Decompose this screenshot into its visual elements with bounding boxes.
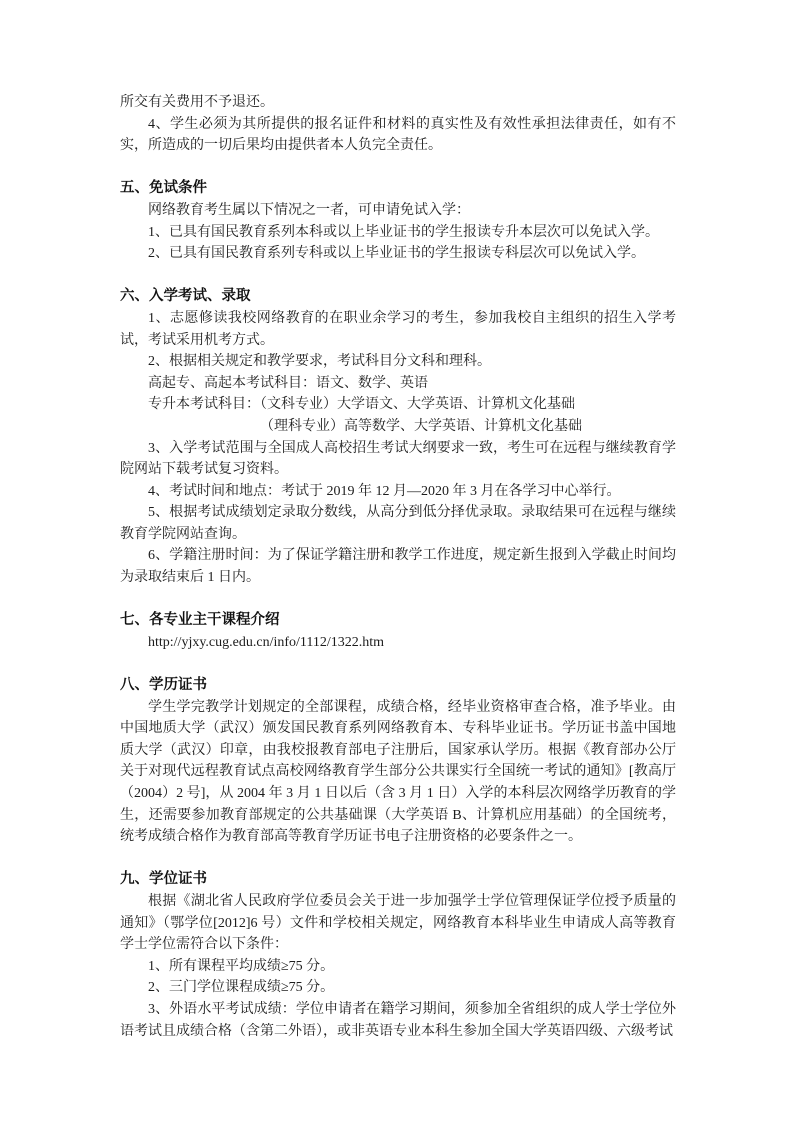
section-9-item-1: 1、所有课程平均成绩≥75 分。 (120, 956, 676, 978)
section-6-item-6: 6、学籍注册时间：为了保证学籍注册和教学工作进度，规定新生报到入学截止时间均为录… (120, 545, 676, 588)
section-8-paragraph: 学生学完教学计划规定的全部课程，成绩合格，经毕业资格审查合格，准予毕业。由中国地… (120, 697, 676, 848)
document-page: 所交有关费用不予退还。 4、学生必须为其所提供的报名证件和材料的真实性及有效性承… (0, 0, 794, 1123)
section-9-item-3: 3、外语水平考试成绩：学位申请者在籍学习期间，须参加全省组织的成人学士学位外语考… (120, 999, 676, 1042)
section-5-item-1: 1、已具有国民教育系列本科或以上毕业证书的学生报读专升本层次可以免试入学。 (120, 222, 676, 244)
section-7-heading: 七、各专业主干课程介绍 (120, 610, 676, 632)
section-6-item-5: 5、根据考试成绩划定录取分数线，从高分到低分择优录取。录取结果可在远程与继续教育… (120, 502, 676, 545)
section-9-item-2: 2、三门学位课程成绩≥75 分。 (120, 977, 676, 999)
section-9-heading: 九、学位证书 (120, 869, 676, 891)
section-5-heading: 五、免试条件 (120, 178, 676, 200)
section-5-item-2: 2、已具有国民教育系列专科或以上毕业证书的学生报读专科层次可以免试入学。 (120, 243, 676, 265)
section-6-item-1: 1、志愿修读我校网络教育的在职业余学习的考生，参加我校自主组织的招生入学考试，考… (120, 308, 676, 351)
section-9-paragraph: 根据《湖北省人民政府学位委员会关于进一步加强学士学位管理保证学位授予质量的通知》… (120, 891, 676, 956)
section-6-subjects-zhuanshengben-wenke: 专升本考试科目：（文科专业）大学语文、大学英语、计算机文化基础 (120, 394, 676, 416)
document-content: 所交有关费用不予退还。 4、学生必须为其所提供的报名证件和材料的真实性及有效性承… (120, 92, 676, 1042)
section-6-subjects-zhuanshengben-like: （理科专业）高等数学、大学英语、计算机文化基础 (120, 416, 676, 438)
section-6-item-4: 4、考试时间和地点：考试于 2019 年 12 月—2020 年 3 月在各学习… (120, 481, 676, 503)
intro-continuation-line: 所交有关费用不予退还。 (120, 92, 676, 114)
section-6-item-3: 3、入学考试范围与全国成人高校招生考试大纲要求一致，考生可在远程与继续教育学院网… (120, 438, 676, 481)
intro-item-4: 4、学生必须为其所提供的报名证件和材料的真实性及有效性承担法律责任，如有不实，所… (120, 114, 676, 157)
section-6-item-2: 2、根据相关规定和教学要求，考试科目分文科和理科。 (120, 351, 676, 373)
section-8-heading: 八、学历证书 (120, 675, 676, 697)
section-5-paragraph: 网络教育考生属以下情况之一者，可申请免试入学： (120, 200, 676, 222)
section-6-subjects-gaoqi: 高起专、高起本考试科目：语文、数学、英语 (120, 373, 676, 395)
course-intro-url: http://yjxy.cug.edu.cn/info/1112/1322.ht… (120, 632, 676, 654)
section-6-heading: 六、入学考试、录取 (120, 286, 676, 308)
